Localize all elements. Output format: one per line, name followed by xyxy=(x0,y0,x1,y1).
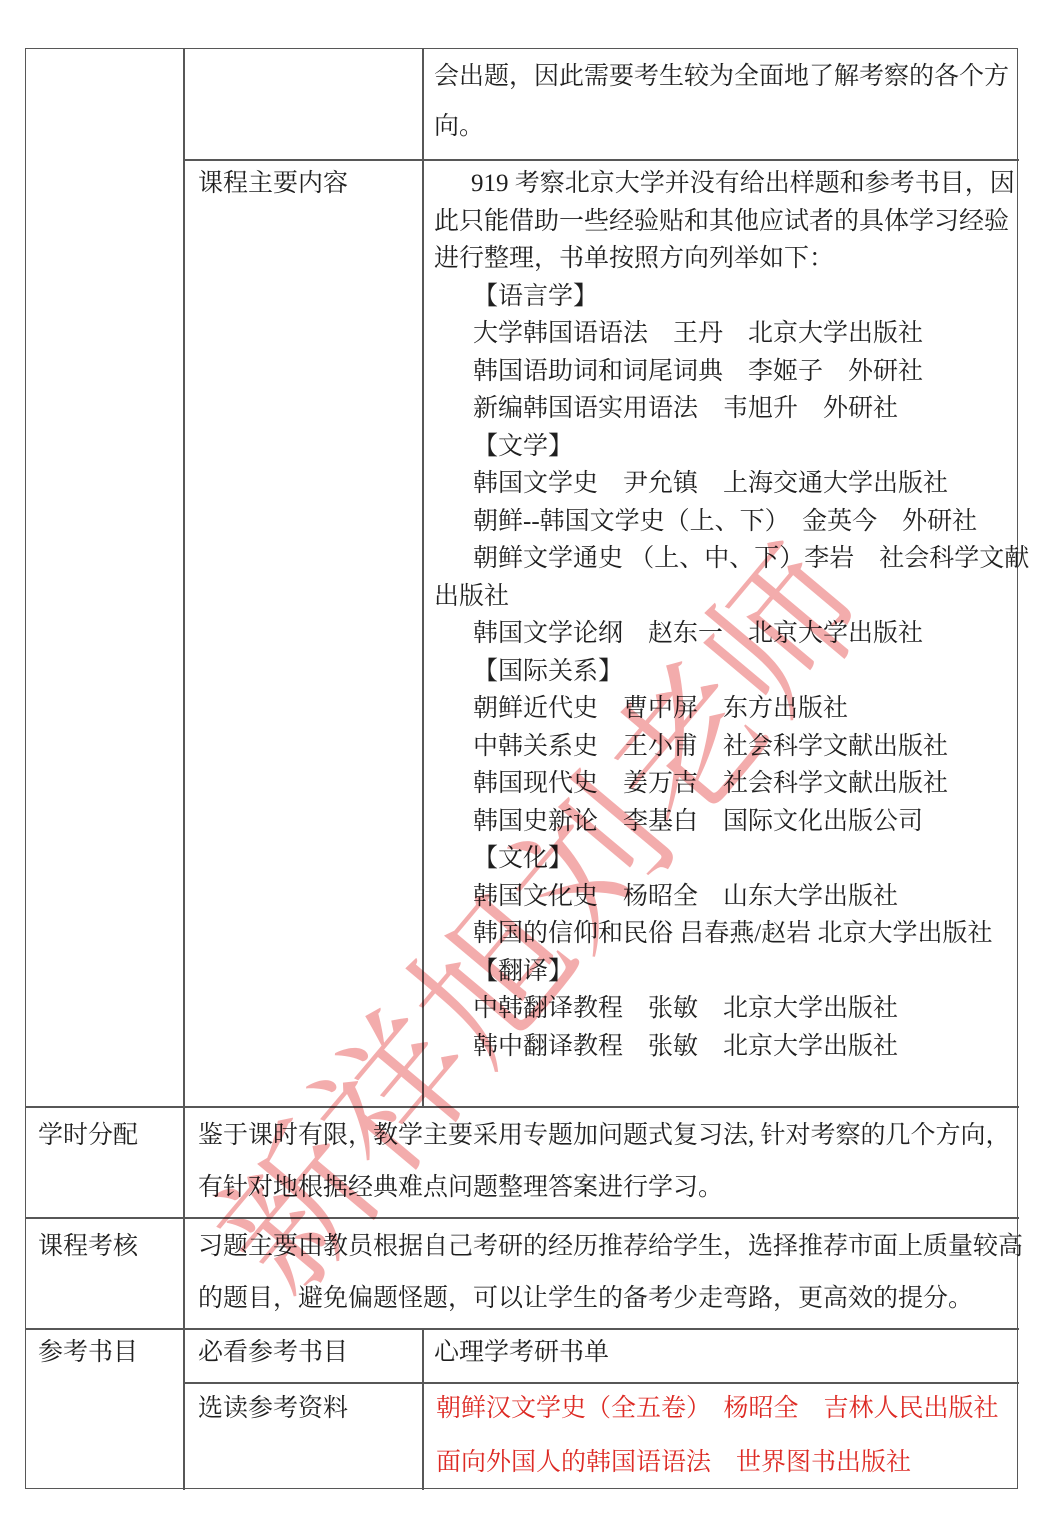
text-line: 韩国语助词和词尾词典 李姬子 外研社 xyxy=(434,353,1014,391)
hours-label: 学时分配 xyxy=(38,1110,138,1162)
text-line: 鉴于课时有限，教学主要采用专题加问题式复习法, 针对考察的几个方向， xyxy=(198,1110,1013,1162)
text-line: 进行整理，书单按照方向列举如下： xyxy=(434,240,1014,278)
text-line: 新编韩国语实用语法 韦旭升 外研社 xyxy=(434,390,1014,428)
text-line: 【国际关系】 xyxy=(434,653,1014,691)
course-info-table: 会出题，因此需要考生较为全面地了解考察的各个方向。 课程主要内容 919 考察北… xyxy=(25,48,1018,1489)
continuation-text-cell: 会出题，因此需要考生较为全面地了解考察的各个方向。 xyxy=(434,52,1012,152)
text-line: 朝鲜--韩国文学史（上、下） 金英今 外研社 xyxy=(434,503,1014,541)
assessment-text-cell: 习题主要由教员根据自己考研的经历推荐给学生，选择推荐市面上质量较高的题目，避免偏… xyxy=(198,1221,1013,1325)
text-line: 韩国现代史 姜万吉 社会科学文献出版社 xyxy=(434,765,1014,803)
text-line: 【翻译】 xyxy=(434,953,1014,991)
row-divider-references xyxy=(26,1328,1019,1330)
row-divider-hours xyxy=(26,1106,1019,1108)
row-divider-continuation xyxy=(183,159,1019,161)
main-content-text-cell: 919 考察北京大学并没有给出样题和参考书目，因此只能借助一些经验贴和其他应试者… xyxy=(434,165,1014,1065)
text-line: 面向外国人的韩国语语法 世界图书出版社 xyxy=(436,1436,1016,1490)
text-line: 朝鲜文学通史 （上、中、下）李岩 社会科学文献 xyxy=(434,540,1014,578)
main-content-label: 课程主要内容 xyxy=(198,165,348,203)
text-line: 【语言学】 xyxy=(434,278,1014,316)
text-line: 出版社 xyxy=(434,578,1014,616)
document-page: { "watermark": { "text": "新祥旭刘老师", "colo… xyxy=(0,0,1046,1517)
row-divider-assessment xyxy=(26,1217,1019,1219)
text-line: 韩国文学论纲 赵东一 北京大学出版社 xyxy=(434,615,1014,653)
text-line: 韩国史新论 李基白 国际文化出版公司 xyxy=(434,803,1014,841)
text-line: 朝鲜汉文学史（全五卷） 杨昭全 吉林人民出版社 xyxy=(436,1382,1016,1436)
text-line: 有针对地根据经典难点问题整理答案进行学习。 xyxy=(198,1162,1013,1214)
text-line: 韩国文化史 杨昭全 山东大学出版社 xyxy=(434,878,1014,916)
must-read-value: 心理学考研书单 xyxy=(434,1340,609,1366)
text-line: 习题主要由教员根据自己考研的经历推荐给学生，选择推荐市面上质量较高 xyxy=(198,1221,1013,1273)
text-line: 韩国的信仰和民俗 吕春燕/赵岩 北京大学出版社 xyxy=(434,915,1014,953)
text-line: 【文化】 xyxy=(434,840,1014,878)
text-line: 此只能借助一些经验贴和其他应试者的具体学习经验 xyxy=(434,203,1014,241)
text-line: 会出题，因此需要考生较为全面地了解考察的各个方 xyxy=(434,52,1012,102)
column-divider-1 xyxy=(183,49,185,1490)
text-line: 韩国文学史 尹允镇 上海交通大学出版社 xyxy=(434,465,1014,503)
text-line: 大学韩国语语法 王丹 北京大学出版社 xyxy=(434,315,1014,353)
text-line: 【文学】 xyxy=(434,428,1014,466)
optional-references-cell: 朝鲜汉文学史（全五卷） 杨昭全 吉林人民出版社面向外国人的韩国语语法 世界图书出… xyxy=(436,1382,1016,1490)
column-divider-2-lower xyxy=(422,1328,424,1490)
must-read-label: 必看参考书目 xyxy=(198,1340,348,1366)
hours-text-cell: 鉴于课时有限，教学主要采用专题加问题式复习法, 针对考察的几个方向，有针对地根据… xyxy=(198,1110,1013,1214)
text-line: 朝鲜近代史 曹中屏 东方出版社 xyxy=(434,690,1014,728)
references-label: 参考书目 xyxy=(38,1340,138,1366)
text-line: 韩中翻译教程 张敏 北京大学出版社 xyxy=(434,1028,1014,1066)
text-line: 的题目，避免偏题怪题，可以让学生的备考少走弯路，更高效的提分。 xyxy=(198,1273,1013,1325)
text-line: 中韩翻译教程 张敏 北京大学出版社 xyxy=(434,990,1014,1028)
assessment-label: 课程考核 xyxy=(38,1221,138,1273)
column-divider-2-upper xyxy=(422,49,424,1106)
text-line: 中韩关系史 王小甫 社会科学文献出版社 xyxy=(434,728,1014,766)
text-line: 向。 xyxy=(434,102,1012,152)
text-line: 919 考察北京大学并没有给出样题和参考书目，因 xyxy=(434,165,1014,203)
optional-label: 选读参考资料 xyxy=(198,1396,348,1422)
